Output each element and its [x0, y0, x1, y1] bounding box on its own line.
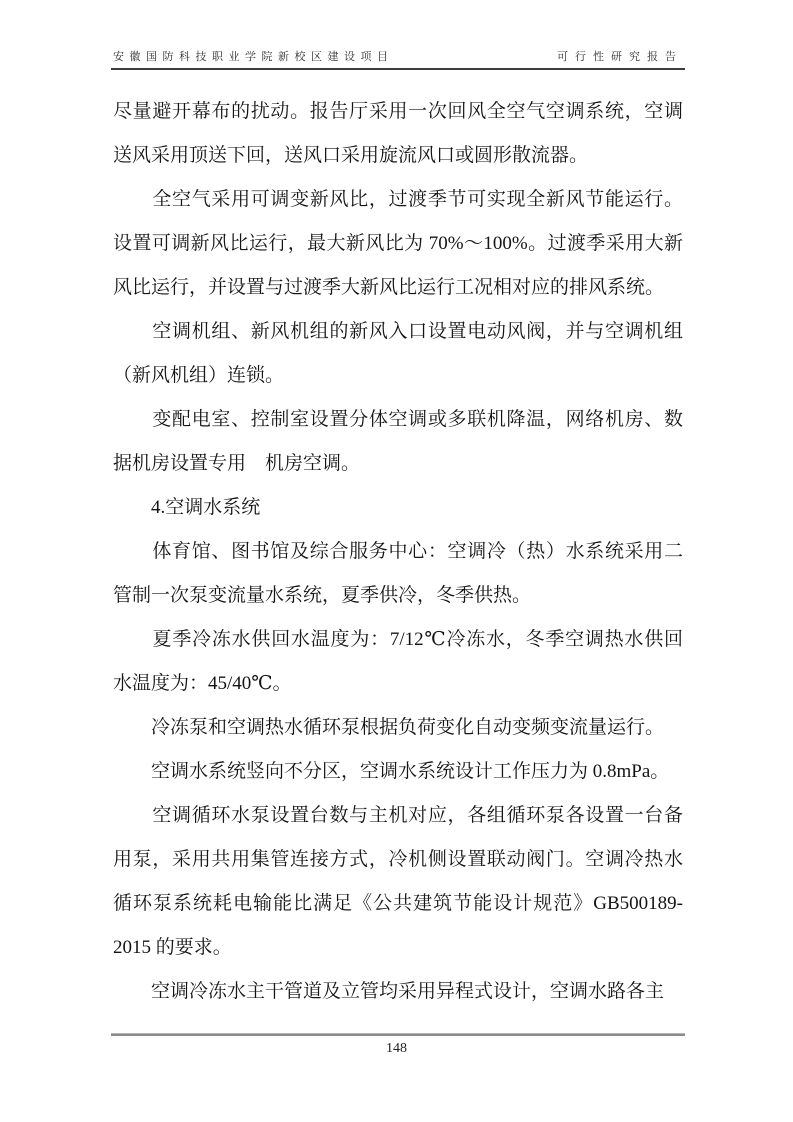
text-line: 风比运行，并设置与过渡季大新风比运行工况相对应的排风系统。	[113, 266, 683, 310]
page-number: 148	[0, 1041, 793, 1057]
paragraph: 4.空调水系统	[113, 486, 683, 530]
text-line: 送风采用顶送下回，送风口采用旋流风口或圆形散流器。	[113, 134, 683, 178]
page-header: 安徽国防科技职业学院新校区建设项目 可行性研究报告	[113, 48, 683, 64]
paragraph: 空调冷冻水主干管道及立管均采用异程式设计，空调水路各主	[113, 970, 683, 1014]
header-rule	[111, 68, 685, 70]
text-line: 空调循环水泵设置台数与主机对应，各组循环泵各设置一台备	[113, 794, 683, 838]
text-line: 冷冻泵和空调热水循环泵根据负荷变化自动变频变流量运行。	[113, 706, 683, 750]
text-line: 据机房设置专用 机房空调。	[113, 442, 683, 486]
paragraph: 空调机组、新风机组的新风入口设置电动风阀，并与空调机组（新风机组）连锁。	[113, 310, 683, 398]
paragraph: 全空气采用可调变新风比，过渡季节可实现全新风节能运行。设置可调新风比运行，最大新…	[113, 178, 683, 310]
paragraph: 体育馆、图书馆及综合服务中心：空调冷（热）水系统采用二管制一次泵变流量水系统，夏…	[113, 530, 683, 618]
text-line: 4.空调水系统	[113, 486, 683, 530]
header-report-title: 可行性研究报告	[557, 48, 683, 64]
text-line: 设置可调新风比运行，最大新风比为 70%～100%。过渡季采用大新	[113, 222, 683, 266]
header-project-title: 安徽国防科技职业学院新校区建设项目	[113, 48, 394, 64]
paragraph: 冷冻泵和空调热水循环泵根据负荷变化自动变频变流量运行。	[113, 706, 683, 750]
text-line: 空调水系统竖向不分区，空调水系统设计工作压力为 0.8mPa。	[113, 750, 683, 794]
text-line: 2015 的要求。	[113, 926, 683, 970]
paragraph: 尽量避开幕布的扰动。报告厅采用一次回风全空气空调系统，空调送风采用顶送下回，送风…	[113, 90, 683, 178]
text-line: （新风机组）连锁。	[113, 354, 683, 398]
document-page: 安徽国防科技职业学院新校区建设项目 可行性研究报告 尽量避开幕布的扰动。报告厅采…	[0, 0, 793, 1122]
text-line: 循环泵系统耗电输能比满足《公共建筑节能设计规范》GB500189-	[113, 882, 683, 926]
text-line: 空调机组、新风机组的新风入口设置电动风阀，并与空调机组	[113, 310, 683, 354]
text-line: 体育馆、图书馆及综合服务中心：空调冷（热）水系统采用二	[113, 530, 683, 574]
text-line: 尽量避开幕布的扰动。报告厅采用一次回风全空气空调系统，空调	[113, 90, 683, 134]
paragraph: 空调循环水泵设置台数与主机对应，各组循环泵各设置一台备用泵，采用共用集管连接方式…	[113, 794, 683, 970]
document-body: 尽量避开幕布的扰动。报告厅采用一次回风全空气空调系统，空调送风采用顶送下回，送风…	[113, 90, 683, 1014]
text-line: 夏季冷冻水供回水温度为：7/12℃冷冻水，冬季空调热水供回	[113, 618, 683, 662]
text-line: 全空气采用可调变新风比，过渡季节可实现全新风节能运行。	[113, 178, 683, 222]
paragraph: 空调水系统竖向不分区，空调水系统设计工作压力为 0.8mPa。	[113, 750, 683, 794]
text-line: 变配电室、控制室设置分体空调或多联机降温，网络机房、数	[113, 398, 683, 442]
text-line: 用泵，采用共用集管连接方式，冷机侧设置联动阀门。空调冷热水	[113, 838, 683, 882]
paragraph: 变配电室、控制室设置分体空调或多联机降温，网络机房、数据机房设置专用 机房空调。	[113, 398, 683, 486]
text-line: 空调冷冻水主干管道及立管均采用异程式设计，空调水路各主	[113, 970, 683, 1014]
text-line: 管制一次泵变流量水系统，夏季供冷，冬季供热。	[113, 574, 683, 618]
paragraph: 夏季冷冻水供回水温度为：7/12℃冷冻水，冬季空调热水供回水温度为：45/40℃…	[113, 618, 683, 706]
footer-rule	[111, 1033, 685, 1036]
text-line: 水温度为：45/40℃。	[113, 662, 683, 706]
